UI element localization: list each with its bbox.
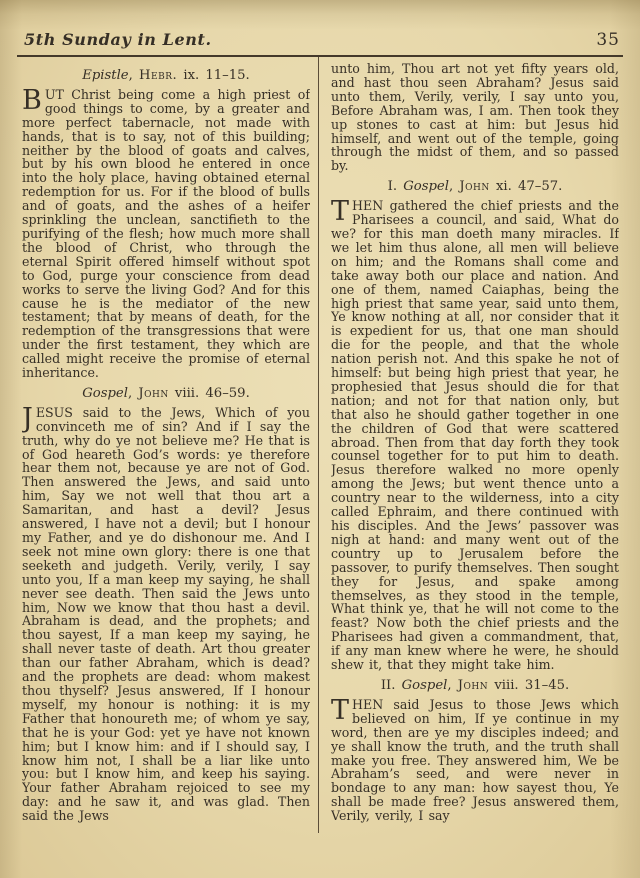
gospel-2-body: THEN said Jesus to those Jews which beli… — [331, 698, 619, 823]
gospel-heading-name: Gospel — [82, 386, 128, 401]
drop-cap: J — [22, 406, 36, 431]
right-column: unto him, Thou art not yet fifty years o… — [331, 62, 619, 836]
drop-cap: T — [331, 199, 352, 224]
gospel-heading-book: John — [138, 386, 168, 401]
first-word-rest: HEN — [352, 198, 383, 213]
gospel-2-heading-book: John — [458, 678, 488, 693]
gospel-2-heading: II. Gospel, John viii. 31–45. — [331, 679, 619, 693]
drop-cap: B — [22, 88, 45, 113]
epistle-heading-name: Epistle — [82, 68, 128, 83]
gospel-1-body: THEN gathered the chief priests and the … — [331, 199, 619, 672]
first-word-rest: UT — [45, 87, 64, 102]
running-head: 5th Sunday in Lent. 35 — [24, 30, 620, 50]
section-text: said to the Jews, Which of you convincet… — [22, 405, 310, 823]
gospel-continuation-text: unto him, Thou art not yet fifty years o… — [331, 62, 619, 173]
header-rule — [17, 55, 623, 57]
page-number: 35 — [596, 30, 620, 50]
gospel-1-heading-num: I. — [388, 179, 404, 194]
gospel-1-heading: I. Gospel, John xi. 47–57. — [331, 180, 619, 194]
drop-cap: T — [331, 698, 352, 723]
running-title: 5th Sunday in Lent. — [24, 30, 212, 49]
gospel-1-heading-name: Gospel — [403, 179, 449, 194]
first-word-rest: ESUS — [36, 405, 73, 420]
book-page: 5th Sunday in Lent. 35 Epistle, Hebr. ix… — [0, 0, 640, 878]
epistle-body: BUT Christ being come a high priest of g… — [22, 88, 310, 380]
gospel-2-heading-num: II. — [381, 678, 402, 693]
section-text: Christ being come a high priest of good … — [22, 87, 310, 380]
epistle-heading: Epistle, Hebr. ix. 11–15. — [22, 69, 310, 83]
gospel-heading: Gospel, John viii. 46–59. — [22, 387, 310, 401]
left-column: Epistle, Hebr. ix. 11–15. BUT Christ bei… — [22, 62, 310, 836]
column-divider-rule — [318, 57, 319, 833]
section-text: gathered the chief priests and the Phari… — [331, 198, 619, 672]
epistle-heading-book: Hebr. — [139, 68, 177, 83]
gospel-body: JESUS said to the Jews, Which of you con… — [22, 406, 310, 823]
gospel-1-heading-book: John — [459, 179, 489, 194]
first-word-rest: HEN — [352, 697, 383, 712]
section-text: said Jesus to those Jews which believed … — [331, 697, 619, 823]
gospel-2-heading-name: Gospel — [402, 678, 448, 693]
